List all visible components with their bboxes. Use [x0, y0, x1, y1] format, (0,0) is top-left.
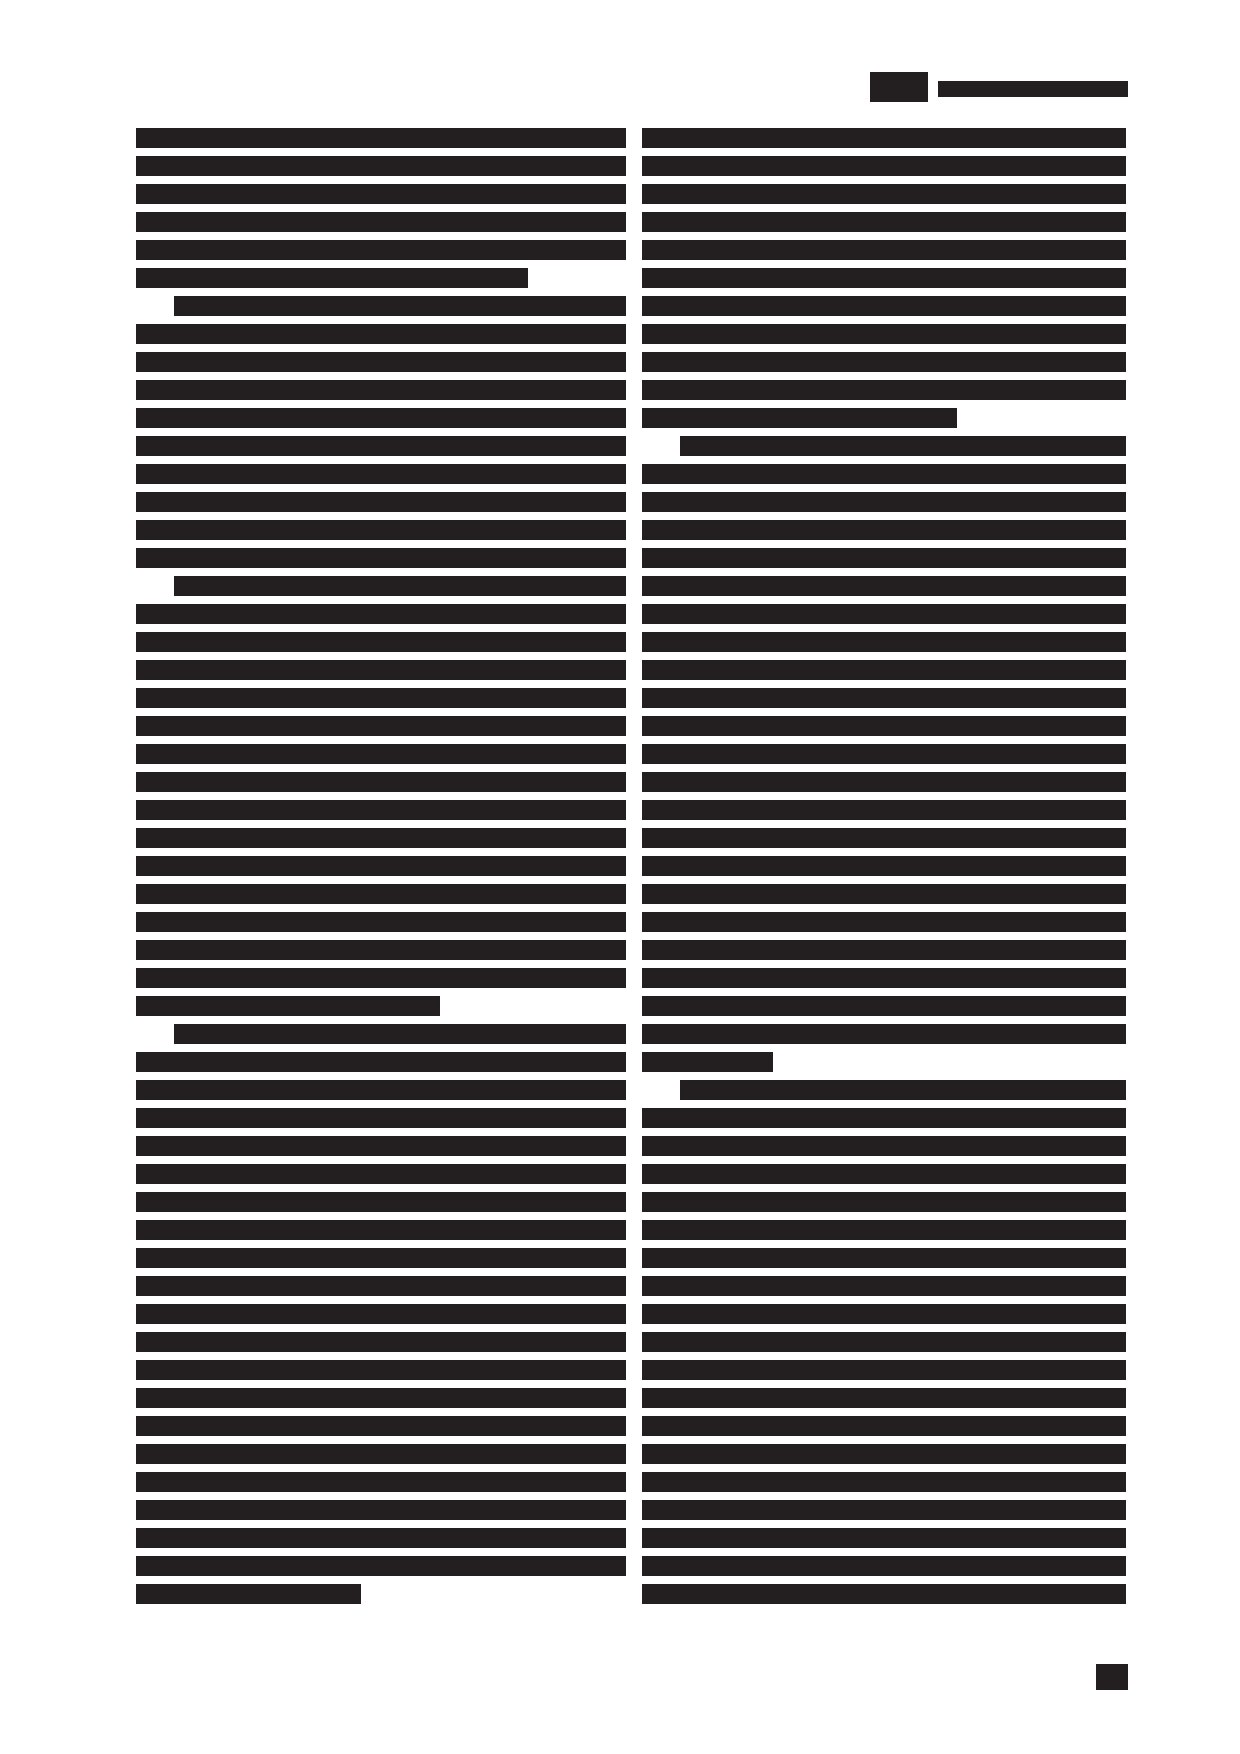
redacted-text-line	[642, 240, 1126, 260]
redacted-text-line	[642, 884, 1126, 904]
redacted-text-line	[642, 1444, 1126, 1464]
redacted-text-line	[136, 772, 626, 792]
redacted-text-line	[136, 716, 626, 736]
redacted-text-line	[136, 380, 626, 400]
redacted-text-line	[136, 1080, 626, 1100]
redacted-text-line	[642, 772, 1126, 792]
redacted-text-line	[136, 492, 626, 512]
redacted-text-line	[642, 296, 1126, 316]
text-column-right	[642, 128, 1126, 1612]
redacted-text-line	[642, 1108, 1126, 1128]
redacted-text-line	[136, 912, 626, 932]
redacted-text-line	[136, 856, 626, 876]
redacted-text-line	[136, 1108, 626, 1128]
redacted-text-line	[642, 1360, 1126, 1380]
redacted-text-line	[136, 212, 626, 232]
redacted-text-line	[136, 128, 626, 148]
redacted-text-line	[136, 1248, 626, 1268]
header-chapter-block	[870, 72, 928, 102]
redacted-text-line	[136, 688, 626, 708]
paragraph	[642, 1080, 1126, 1604]
redacted-text-line	[642, 1528, 1126, 1548]
redacted-text-line	[642, 324, 1126, 344]
redacted-text-line	[642, 856, 1126, 876]
redacted-text-line	[136, 1528, 626, 1548]
paragraph	[136, 128, 626, 288]
redacted-text-line	[642, 1136, 1126, 1156]
redacted-text-line	[136, 1388, 626, 1408]
redacted-text-line	[136, 464, 626, 484]
paragraph	[136, 296, 626, 568]
redacted-text-line	[136, 884, 626, 904]
redacted-text-line	[136, 436, 626, 456]
redacted-text-line	[642, 800, 1126, 820]
redacted-text-line	[642, 576, 1126, 596]
redacted-text-line	[136, 1360, 626, 1380]
redacted-text-line	[136, 604, 626, 624]
redacted-text-line	[642, 968, 1126, 988]
text-column-left	[136, 128, 626, 1612]
redacted-text-line	[642, 996, 1126, 1016]
redacted-text-line	[136, 352, 626, 372]
redacted-text-line	[174, 1024, 626, 1044]
redacted-text-line	[136, 632, 626, 652]
redacted-text-line	[136, 240, 626, 260]
redacted-text-line	[642, 604, 1126, 624]
redacted-text-line	[642, 1220, 1126, 1240]
redacted-text-line	[136, 660, 626, 680]
redacted-text-line	[642, 408, 957, 428]
redacted-text-line	[136, 1584, 361, 1604]
paragraph	[642, 436, 1126, 1072]
redacted-text-line	[642, 1416, 1126, 1436]
redacted-text-line	[642, 352, 1126, 372]
redacted-text-line	[642, 1024, 1126, 1044]
paragraph	[136, 576, 626, 1016]
redacted-text-line	[136, 156, 626, 176]
paragraph	[136, 1024, 626, 1604]
redacted-text-line	[642, 660, 1126, 680]
redacted-text-line	[642, 1248, 1126, 1268]
redacted-text-line	[642, 492, 1126, 512]
redacted-text-line	[642, 1192, 1126, 1212]
redacted-text-line	[642, 1304, 1126, 1324]
redacted-text-line	[136, 1444, 626, 1464]
redacted-text-line	[136, 1136, 626, 1156]
redacted-text-line	[136, 268, 528, 288]
redacted-text-line	[642, 212, 1126, 232]
redacted-text-line	[642, 1164, 1126, 1184]
redacted-text-line	[642, 912, 1126, 932]
redacted-text-line	[642, 128, 1126, 148]
redacted-text-line	[136, 996, 440, 1016]
redacted-text-line	[136, 324, 626, 344]
redacted-text-line	[642, 716, 1126, 736]
redacted-text-line	[642, 828, 1126, 848]
running-header	[870, 72, 1128, 102]
redacted-text-line	[642, 1276, 1126, 1296]
redacted-text-line	[642, 1584, 1126, 1604]
redacted-text-line	[642, 1556, 1126, 1576]
redacted-text-line	[174, 296, 626, 316]
redacted-text-line	[642, 184, 1126, 204]
redacted-text-line	[136, 1052, 626, 1072]
redacted-text-line	[136, 408, 626, 428]
redacted-text-line	[136, 1332, 626, 1352]
redacted-text-line	[136, 520, 626, 540]
redacted-text-line	[642, 1388, 1126, 1408]
redacted-text-line	[136, 548, 626, 568]
redacted-text-line	[642, 688, 1126, 708]
redacted-text-line	[136, 1304, 626, 1324]
redacted-text-line	[642, 1500, 1126, 1520]
redacted-text-line	[136, 828, 626, 848]
redacted-text-line	[136, 1556, 626, 1576]
redacted-text-line	[136, 800, 626, 820]
redacted-text-line	[642, 632, 1126, 652]
redacted-text-line	[136, 1220, 626, 1240]
redacted-text-line	[136, 968, 626, 988]
paragraph	[642, 128, 1126, 428]
redacted-text-line	[136, 184, 626, 204]
redacted-text-line	[136, 1500, 626, 1520]
redacted-text-line	[136, 744, 626, 764]
redacted-text-line	[642, 940, 1126, 960]
redacted-text-line	[136, 1276, 626, 1296]
redacted-text-line	[680, 436, 1126, 456]
redacted-text-line	[642, 156, 1126, 176]
redacted-text-line	[642, 380, 1126, 400]
redacted-text-line	[642, 520, 1126, 540]
redacted-text-line	[136, 1416, 626, 1436]
redacted-text-line	[642, 1332, 1126, 1352]
redacted-text-line	[642, 744, 1126, 764]
redacted-text-line	[174, 576, 626, 596]
redacted-text-line	[136, 940, 626, 960]
redacted-text-line	[136, 1472, 626, 1492]
redacted-text-line	[136, 1192, 626, 1212]
redacted-text-line	[642, 1052, 773, 1072]
redacted-text-line	[642, 548, 1126, 568]
redacted-text-line	[642, 464, 1126, 484]
redacted-text-line	[680, 1080, 1126, 1100]
redacted-text-line	[642, 268, 1126, 288]
header-title-block	[938, 81, 1128, 97]
redacted-text-line	[136, 1164, 626, 1184]
page-number	[1096, 1664, 1128, 1690]
redacted-text-line	[642, 1472, 1126, 1492]
